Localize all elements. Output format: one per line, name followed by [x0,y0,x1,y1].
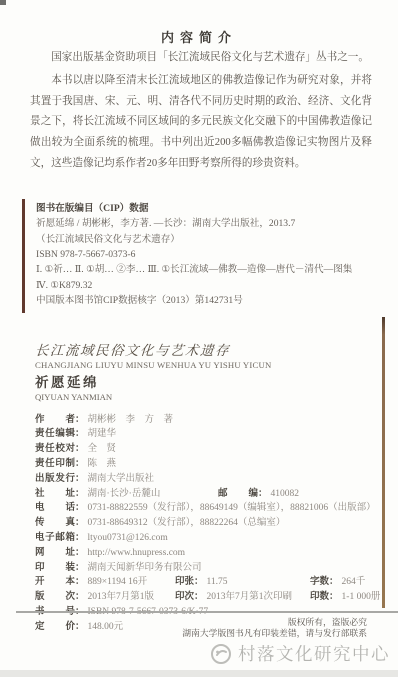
info-row-email: 电子邮箱：ltyou0731@126.com [35,531,384,546]
colon: ： [75,592,85,602]
colon: ： [75,429,85,439]
colon: ： [329,577,339,587]
colon: ： [194,592,204,602]
info-row-printer: 印装：湖南天闻新华印务有限公司 [35,561,384,576]
info-row-format: 开本：889×1194 16开印张：11.75字数：264千 [35,575,384,590]
info-value: 2013年7月第1次印刷 [207,592,293,602]
info-value: 2013年7月第1版 [88,592,155,602]
watermark: 村落文化研究中心 [209,641,390,666]
info-label: 责任印制 [35,457,75,472]
info-label: 开本 [35,575,75,590]
info-row-website: 网址：http://www.hnupress.com [35,546,384,561]
info-label: 定价 [35,620,75,635]
info-label: 版次 [35,590,75,605]
info-value: ltyou0731@126.com [88,533,168,543]
info-label: 印数 [310,592,329,602]
watermark-text: 村落文化研究中心 [238,641,390,666]
info-label: 责任校对 [35,442,75,457]
intro-paragraph-1: 国家出版基金资助项目「长江流域民俗文化与艺术遗存」丛书之一。 [30,48,372,69]
info-value: 0731-88822559（发行部），88649149（编辑室），8882100… [88,503,376,513]
colon: ： [75,503,85,513]
intro-paragraph-2: 本书以唐以降至清末长江流域地区的佛教造像记作为研究对象，并将其置于我国唐、宋、元… [30,71,372,175]
info-label: 责任编辑 [35,427,75,442]
info-label: 网址 [35,546,75,561]
cip-line: （长江流域民俗文化与艺术遗存） [36,232,368,247]
info-row-print-supervisor: 责任印制：陈 燕 [35,457,384,472]
cip-line: 祈愿延绵 / 胡彬彬，李方著. —长沙：湖南大学出版社，2013.7 [36,216,368,231]
content-intro-section: 内容简介 国家出版基金资助项目「长江流域民俗文化与艺术遗存」丛书之一。 本书以唐… [0,30,398,175]
info-row-edition: 版次：2013年7月第1版印次：2013年7月第1次印刷印数：1-1 000册 [35,590,384,605]
info-value: 410082 [271,489,300,499]
info-label: 作者 [35,413,75,428]
info-label: 印次 [175,592,194,602]
colon: ： [75,459,85,469]
cip-line: Ⅳ. ①K879.32 [36,278,368,293]
info-value: 湖南大学出版社 [88,474,155,484]
cip-line: 中国版本图书馆CIP数据核字（2013）第142731号 [36,293,368,308]
colon: ： [75,622,85,632]
info-row-address: 社址：湖南·长沙·岳麓山邮编：410082 [35,487,384,502]
info-value: 胡建华 [88,429,117,439]
colon: ： [75,563,85,573]
info-value: 胡彬彬 李 方 著 [88,415,174,425]
book-title-block: 长江流域民俗文化与艺术遗存 CHANGJIANG LIUYU MINSU WEN… [35,343,398,403]
colon: ： [329,592,339,602]
info-value: 陈 燕 [88,459,117,469]
info-value: 0731-88649312（发行部），88822264（总编室） [88,518,286,528]
watermark-logo-icon [209,642,233,666]
photo-edge-strip [0,670,398,677]
info-label: 电子邮箱 [35,531,75,546]
book-title-chinese: 祈愿延绵 [35,374,398,391]
info-value: 全 贤 [88,444,117,454]
series-title-pinyin: CHANGJIANG LIUYU MINSU WENHUA YU YISHU Y… [35,360,398,371]
info-label: 社址 [35,487,75,502]
info-label: 字数 [310,577,329,587]
info-row-author: 作者：胡彬彬 李 方 著 [35,413,384,428]
colon: ： [75,533,85,543]
info-row-editor: 责任编辑：胡建华 [35,427,384,442]
info-row-phone: 电话：0731-88822559（发行部），88649149（编辑室），8882… [35,501,384,516]
series-title-chinese: 长江流域民俗文化与艺术遗存 [34,343,398,359]
colon: ： [75,577,85,587]
cip-heading: 图书在版编目（CIP）数据 [36,201,368,216]
misprint-contact-notice: 湖南大学版图书凡有印装差错，请与发行部联系 [182,628,367,639]
cip-line: ISBN 978-7-5667-0373-6 [36,247,368,262]
info-value: 11.75 [207,577,228,587]
info-row-proofreader: 责任校对：全 贤 [35,442,384,457]
info-value: http://www.hnupress.com [88,548,186,558]
info-value: 264千 [342,577,366,587]
info-label: 电话 [35,501,75,516]
cip-line: Ⅰ. ①祈… Ⅱ. ①胡… ②李… Ⅲ. ①长江流域—佛教—造像—唐代－清代—图… [36,262,368,277]
colon: ： [75,444,85,454]
colon: ： [75,415,85,425]
info-label: 出版发行 [35,472,75,487]
intro-title: 内容简介 [0,30,398,46]
book-title-pinyin: QIYUAN YANMIAN [35,392,398,403]
info-label: 传真 [35,516,75,531]
info-label: 邮编 [218,487,258,502]
colon: ： [258,489,268,499]
info-row-publisher: 出版发行：湖南大学出版社 [35,472,384,487]
photo-corner-artifact [0,0,6,5]
book-colophon-page: 内容简介 国家出版基金资助项目「长江流域民俗文化与艺术遗存」丛书之一。 本书以唐… [0,0,398,677]
info-value: 889×1194 16开 [88,577,148,587]
cip-data-block: 图书在版编目（CIP）数据 祈愿延绵 / 胡彬彬，李方著. —长沙：湖南大学出版… [22,199,368,313]
colon: ： [75,518,85,528]
decorative-vertical-rule [382,317,385,608]
info-label: 印张 [175,577,194,587]
info-value: 湖南天闻新华印务有限公司 [88,563,202,573]
colon: ： [75,489,85,499]
colon: ： [194,577,204,587]
info-value: 湖南·长沙·岳麓山 [88,489,161,499]
info-value: 148.00元 [88,622,124,632]
info-value: 1-1 000册 [342,592,381,602]
publication-info-list: 作者：胡彬彬 李 方 著 责任编辑：胡建华 责任校对：全 贤 责任印制：陈 燕 … [35,413,384,635]
info-label: 印装 [35,561,75,576]
info-row-fax: 传真：0731-88649312（发行部），88822264（总编室） [35,516,384,531]
copyright-notice: 版权所有，盗版必究 [288,617,367,628]
colon: ： [75,474,85,484]
colon: ： [75,548,85,558]
footer-divider-line [16,611,398,613]
